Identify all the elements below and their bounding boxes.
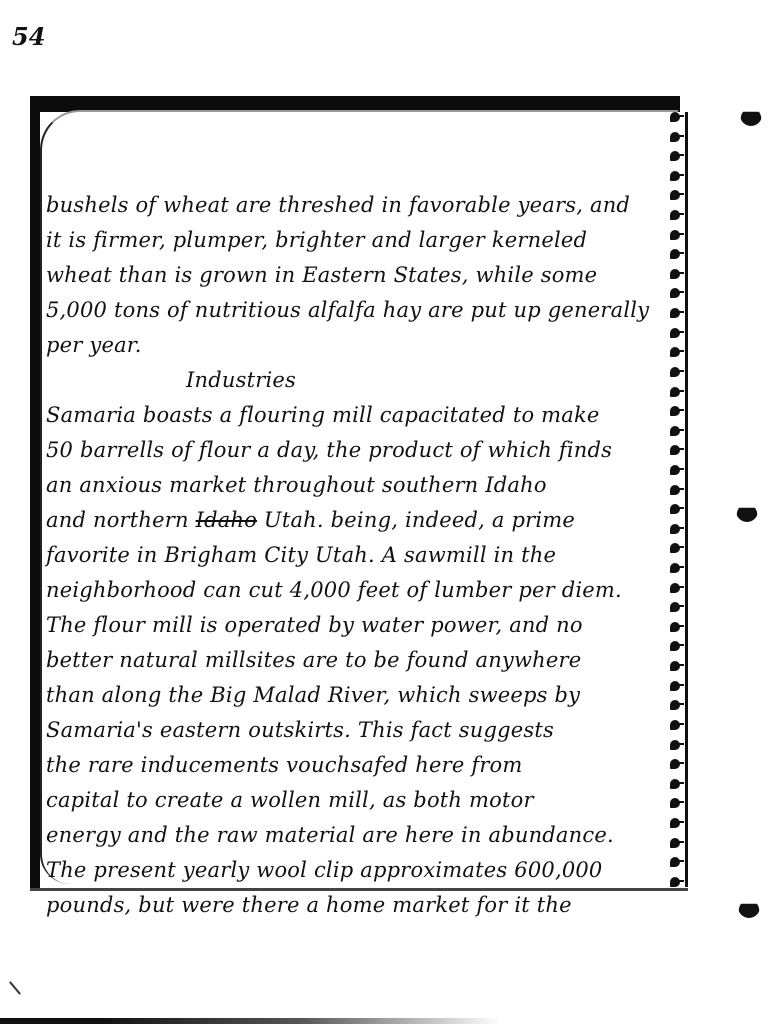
- text-line: neighborhood can cut 4,000 feet of lumbe…: [46, 573, 676, 608]
- text-line: capital to create a wollen mill, as both…: [46, 783, 676, 818]
- text-fragment: Utah. being, indeed, a prime: [257, 508, 575, 532]
- notebook-page: bushels of wheat are threshed in favorab…: [30, 96, 688, 891]
- scan-artifact: [9, 981, 21, 995]
- handwritten-text: bushels of wheat are threshed in favorab…: [46, 188, 676, 923]
- struck-word: Idaho: [196, 508, 257, 532]
- text-line: favorite in Brigham City Utah. A sawmill…: [46, 538, 676, 573]
- text-line: better natural millsites are to be found…: [46, 643, 676, 678]
- text-line: Samaria boasts a flouring mill capacitat…: [46, 398, 676, 433]
- text-line: bushels of wheat are threshed in favorab…: [46, 188, 676, 223]
- text-line: per year.: [46, 328, 676, 363]
- section-heading: Industries: [46, 363, 676, 398]
- scan-edge-bottom: [0, 1018, 500, 1024]
- text-line: than along the Big Malad River, which sw…: [46, 678, 676, 713]
- text-line: 50 barrells of flour a day, the product …: [46, 433, 676, 468]
- text-line: The flour mill is operated by water powe…: [46, 608, 676, 643]
- punch-hole-top: [740, 104, 762, 126]
- spiral-coil: [670, 112, 680, 122]
- text-line: Samaria's eastern outskirts. This fact s…: [46, 713, 676, 748]
- text-line: energy and the raw material are here in …: [46, 818, 676, 853]
- spiral-coil: [670, 132, 680, 142]
- spiral-coil: [670, 151, 680, 161]
- text-line: it is firmer, plumper, brighter and larg…: [46, 223, 676, 258]
- spiral-coil: [670, 171, 680, 181]
- text-fragment: and northern: [46, 508, 196, 532]
- punch-hole-bottom: [738, 896, 760, 918]
- spiral-spine: [685, 112, 688, 887]
- page-number: 54: [12, 22, 45, 51]
- text-line: 5,000 tons of nutritious alfalfa hay are…: [46, 293, 676, 328]
- scan-border-left: [30, 96, 40, 891]
- text-line-with-strikethrough: and northern Idaho Utah. being, indeed, …: [46, 503, 676, 538]
- text-line: an anxious market throughout southern Id…: [46, 468, 676, 503]
- text-line: wheat than is grown in Eastern States, w…: [46, 258, 676, 293]
- text-line: pounds, but were there a home market for…: [46, 888, 676, 923]
- text-line: the rare inducements vouchsafed here fro…: [46, 748, 676, 783]
- punch-hole-middle: [736, 500, 758, 522]
- text-line: The present yearly wool clip approximate…: [46, 853, 676, 888]
